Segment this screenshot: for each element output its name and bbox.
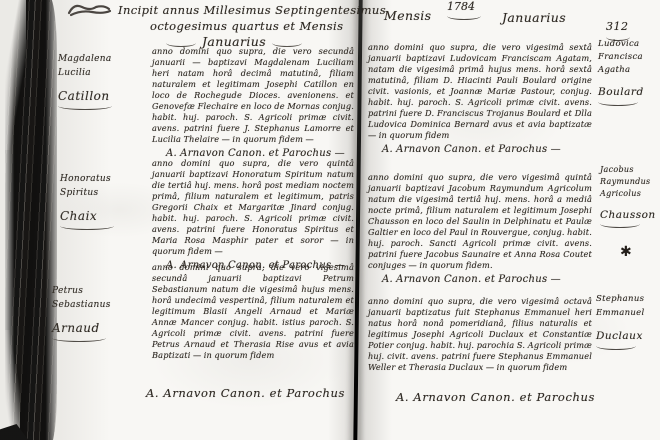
margin-name-catillon: Magdalena Lucilia Catillon (58, 52, 150, 110)
given-name: Magdalena (58, 52, 150, 66)
given-name: Sebastianus (52, 298, 148, 312)
year-value: 1784 (447, 0, 481, 13)
entry-body: anno domini quo supra, die vero secundâ … (152, 46, 354, 145)
given-name: Raymundus (600, 176, 660, 188)
underline-flourish (52, 334, 106, 342)
left-footer-signature: A. Arnavon Canon. et Parochus (146, 386, 345, 400)
right-header-month: Januarius (502, 10, 566, 25)
underline-flourish (447, 12, 481, 20)
right-header-mensis: Mensis (384, 8, 431, 23)
signature-line: A. Arnavon Canon. et Parochus — (368, 144, 592, 155)
right-footer-signature: A. Arnavon Canon. et Parochus (396, 390, 595, 404)
underline-flourish (60, 222, 114, 230)
margin-name-chaix: Honoratus Spiritus Chaix (60, 172, 152, 230)
left-header-line1: Incipit annus Millesimus Septingentesimu… (118, 3, 386, 17)
margin-name-duclaux: Stephanus Emmanuel Duclaux (596, 292, 658, 350)
given-name: Ludovica (598, 38, 658, 51)
margin-name-boulard: Ludovica Francisca Agatha Boulard (598, 38, 658, 106)
given-name: Agricolus (600, 188, 660, 200)
left-header-line2: octogesimus quartus et Mensis (150, 19, 343, 33)
surname: Chausson (600, 209, 660, 221)
given-name: Agatha (598, 64, 658, 77)
entry-block: anno domini quo supra, die vero vigesimâ… (368, 172, 592, 285)
given-name: Honoratus (60, 172, 152, 186)
underline-flourish (58, 102, 112, 110)
given-name: Francisca (598, 51, 658, 64)
given-name: Lucilia (58, 66, 150, 80)
underline-flourish (600, 220, 640, 228)
entry-block: anno domini quo supra, die vero vigesimâ… (152, 262, 354, 361)
entry-block: anno domini quo supra, die vero vigesimâ… (368, 42, 592, 155)
surname: Chaix (60, 209, 152, 223)
surname: Boulard (598, 86, 658, 99)
surname: Catillon (58, 89, 150, 103)
surname: Arnaud (52, 321, 148, 335)
entry-body: anno domini quo supra, die vero vigesimâ… (368, 42, 592, 141)
book-edge-highlight-top (0, 0, 26, 150)
entry-body: anno domini quo supra, die vero vigesimâ… (368, 172, 592, 271)
entry-body: anno domini quo supra, die vero vigesimâ… (152, 262, 354, 361)
margin-name-chausson: Jacobus Raymundus Agricolus Chausson (600, 164, 660, 228)
cross-mark-icon: ✱ (620, 244, 632, 260)
underline-flourish (598, 98, 638, 106)
entry-body: anno domini quo supra, die vero quintâ j… (152, 158, 354, 257)
given-name: Stephanus (596, 292, 658, 306)
page-number-value: 312 (606, 20, 630, 33)
gutter-line (353, 0, 363, 440)
margin-name-arnaud: Petrus Sebastianus Arnaud (52, 284, 148, 342)
underline-flourish (596, 342, 636, 350)
entry-block: anno domini quo supra, die vero quintâ j… (152, 158, 354, 271)
surname: Duclaux (596, 329, 658, 343)
given-name: Emmanuel (596, 306, 658, 320)
given-name: Petrus (52, 284, 148, 298)
given-name: Jacobus (600, 164, 660, 176)
ink-scribble (66, 1, 112, 19)
manuscript-scan: Incipit annus Millesimus Septingentesimu… (0, 0, 660, 440)
right-header-year: 1784 (447, 0, 481, 20)
entry-block: anno domini quo supra, die vero vigesimâ… (368, 296, 592, 373)
entry-block: anno domini quo supra, die vero secundâ … (152, 46, 354, 159)
signature-line: A. Arnavon Canon. et Parochus — (368, 274, 592, 285)
entry-body: anno domini quo supra, die vero vigesimâ… (368, 296, 592, 373)
book-edge-highlight-bottom (0, 330, 20, 440)
given-name: Spiritus (60, 186, 152, 200)
